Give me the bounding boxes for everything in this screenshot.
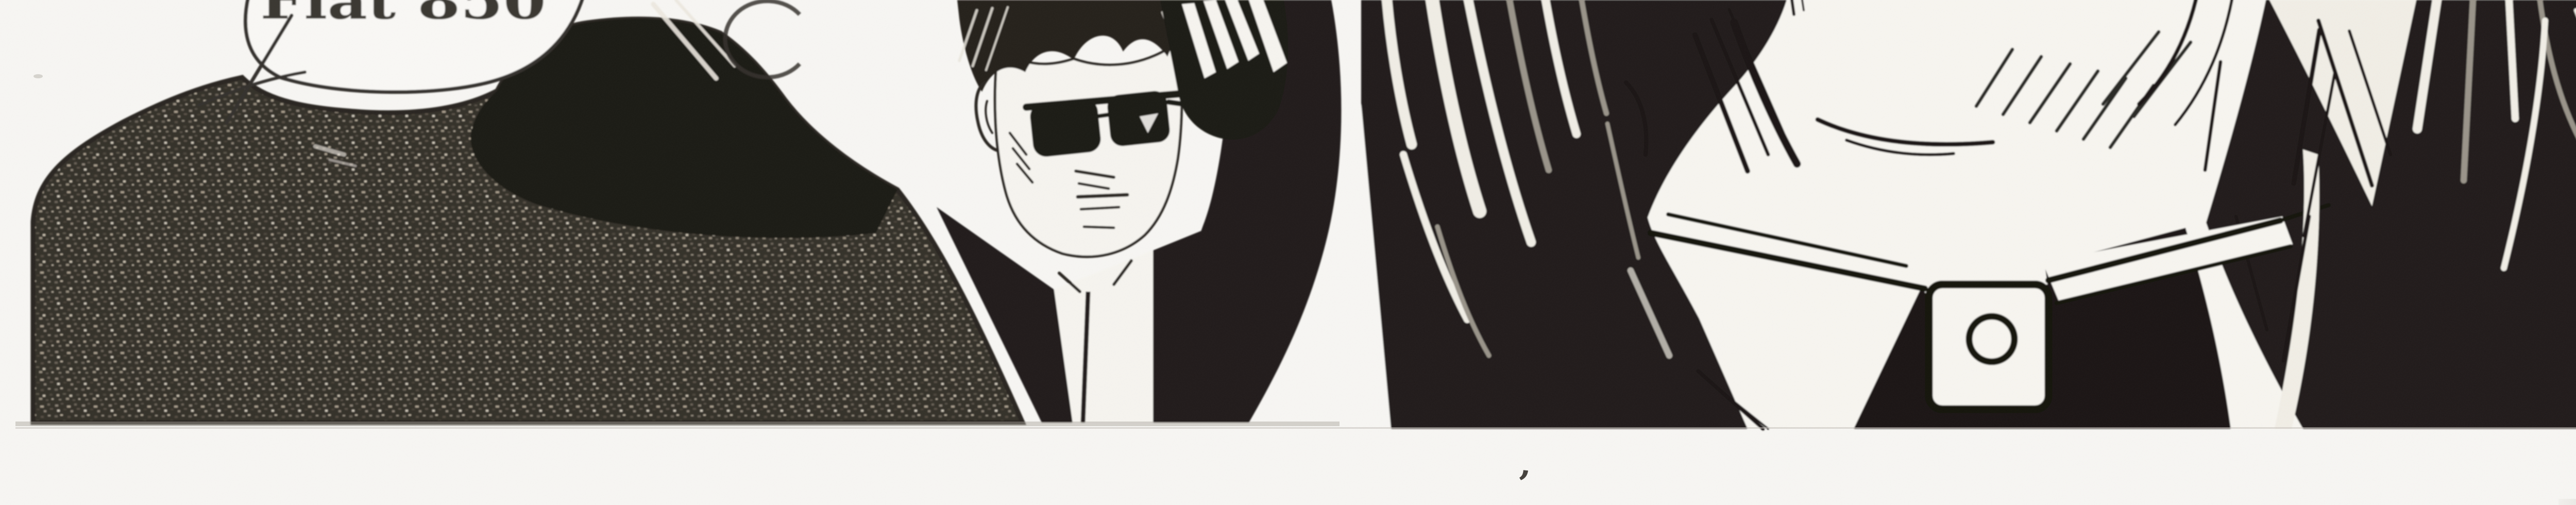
scan-grain-overlay <box>0 0 2576 505</box>
comic-strip-scan: Seen past the dark tweed shoulder and he… <box>0 0 2576 505</box>
comic-artwork: Seen past the dark tweed shoulder and he… <box>0 0 2576 505</box>
